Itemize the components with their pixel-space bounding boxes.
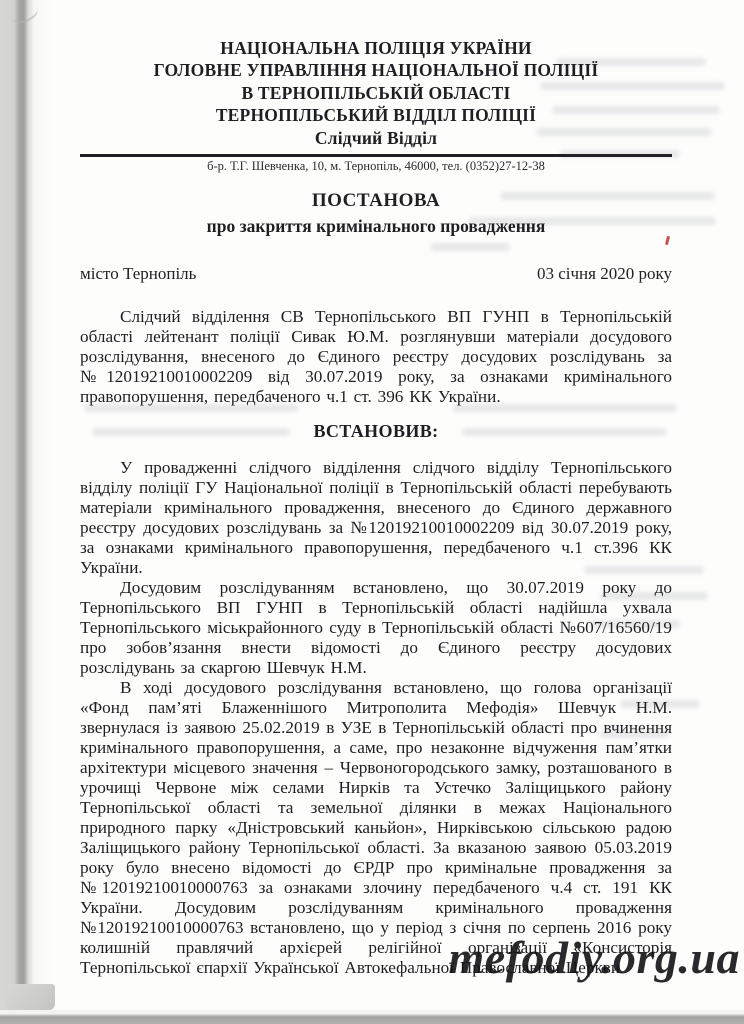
intro-paragraph: Слідчий відділення СВ Тернопільського ВП…	[80, 307, 672, 407]
title-block: ПОСТАНОВА про закриття кримінального про…	[80, 189, 672, 237]
org-name-line-3: В ТЕРНОПІЛЬСЬКІЙ ОБЛАСТІ	[80, 82, 672, 105]
org-name-line-4: ТЕРНОПІЛЬСЬКИЙ ВІДДІЛ ПОЛІЦІЇ	[80, 104, 672, 127]
document-content: НАЦІОНАЛЬНА ПОЛІЦІЯ УКРАЇНИ ГОЛОВНЕ УПРА…	[80, 0, 672, 978]
dateline-place: місто Тернопіль	[80, 263, 196, 284]
body-paragraph-1: У провадженні слідчого відділення слідчо…	[80, 458, 672, 578]
dateline: місто Тернопіль 03 січня 2020 року	[80, 263, 672, 284]
scanned-document: { "document": { "letterhead": { "org_lin…	[0, 0, 744, 1024]
org-name-line-1: НАЦІОНАЛЬНА ПОЛІЦІЯ УКРАЇНИ	[80, 38, 672, 59]
body-paragraph-2: Досудовим розслідуванням встановлено, що…	[80, 578, 672, 678]
scan-bottom-edge	[0, 1010, 744, 1024]
site-watermark: mefodiy.org.ua	[449, 934, 741, 982]
finding-heading: ВСТАНОВИВ:	[80, 421, 672, 442]
org-name-line-2: ГОЛОВНЕ УПРАВЛІННЯ НАЦІОНАЛЬНОЇ ПОЛІЦІЇ	[80, 59, 672, 82]
document-title: ПОСТАНОВА	[80, 189, 672, 213]
org-unit-line: Слідчий Відділ	[80, 127, 672, 150]
letterhead-divider	[80, 154, 672, 157]
letterhead: НАЦІОНАЛЬНА ПОЛІЦІЯ УКРАЇНИ ГОЛОВНЕ УПРА…	[80, 0, 672, 174]
page-corner-artifact	[7, 984, 55, 1010]
document-subtitle: про закриття кримінального провадження	[80, 215, 672, 237]
dateline-date: 03 січня 2020 року	[537, 263, 672, 284]
letterhead-address: б-р. Т.Г. Шевченка, 10, м. Тернопіль, 46…	[80, 159, 672, 174]
